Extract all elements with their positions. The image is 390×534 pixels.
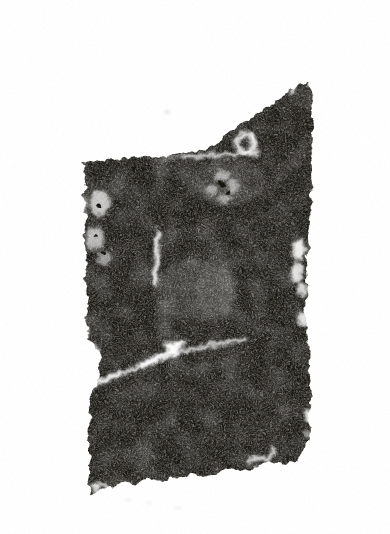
blotch — [304, 430, 310, 438]
scratch-dot — [156, 226, 160, 230]
blotch — [206, 185, 218, 195]
squiggle-dot — [270, 447, 276, 453]
scratch-line — [155, 234, 158, 284]
blotch — [291, 262, 303, 282]
dark-core — [101, 250, 105, 254]
smudge — [125, 499, 131, 502]
blotch — [297, 282, 307, 296]
halftone-photo — [0, 0, 390, 534]
blotch — [227, 179, 239, 193]
dark-core — [226, 191, 230, 195]
photo-canvas — [0, 0, 390, 534]
blotch — [217, 194, 231, 204]
dark-core — [97, 204, 102, 209]
haze — [197, 256, 233, 324]
dark-core — [93, 234, 97, 238]
blotch — [90, 190, 110, 216]
ring-highlight — [90, 484, 98, 490]
smudge — [174, 507, 182, 510]
arrow-tail-dot — [141, 364, 146, 369]
faint-speck — [165, 110, 170, 114]
blotch — [292, 240, 306, 260]
smudge — [147, 502, 152, 504]
ring-highlight — [248, 134, 256, 146]
dark-core — [220, 182, 224, 186]
scratch-line-faint — [160, 157, 184, 158]
